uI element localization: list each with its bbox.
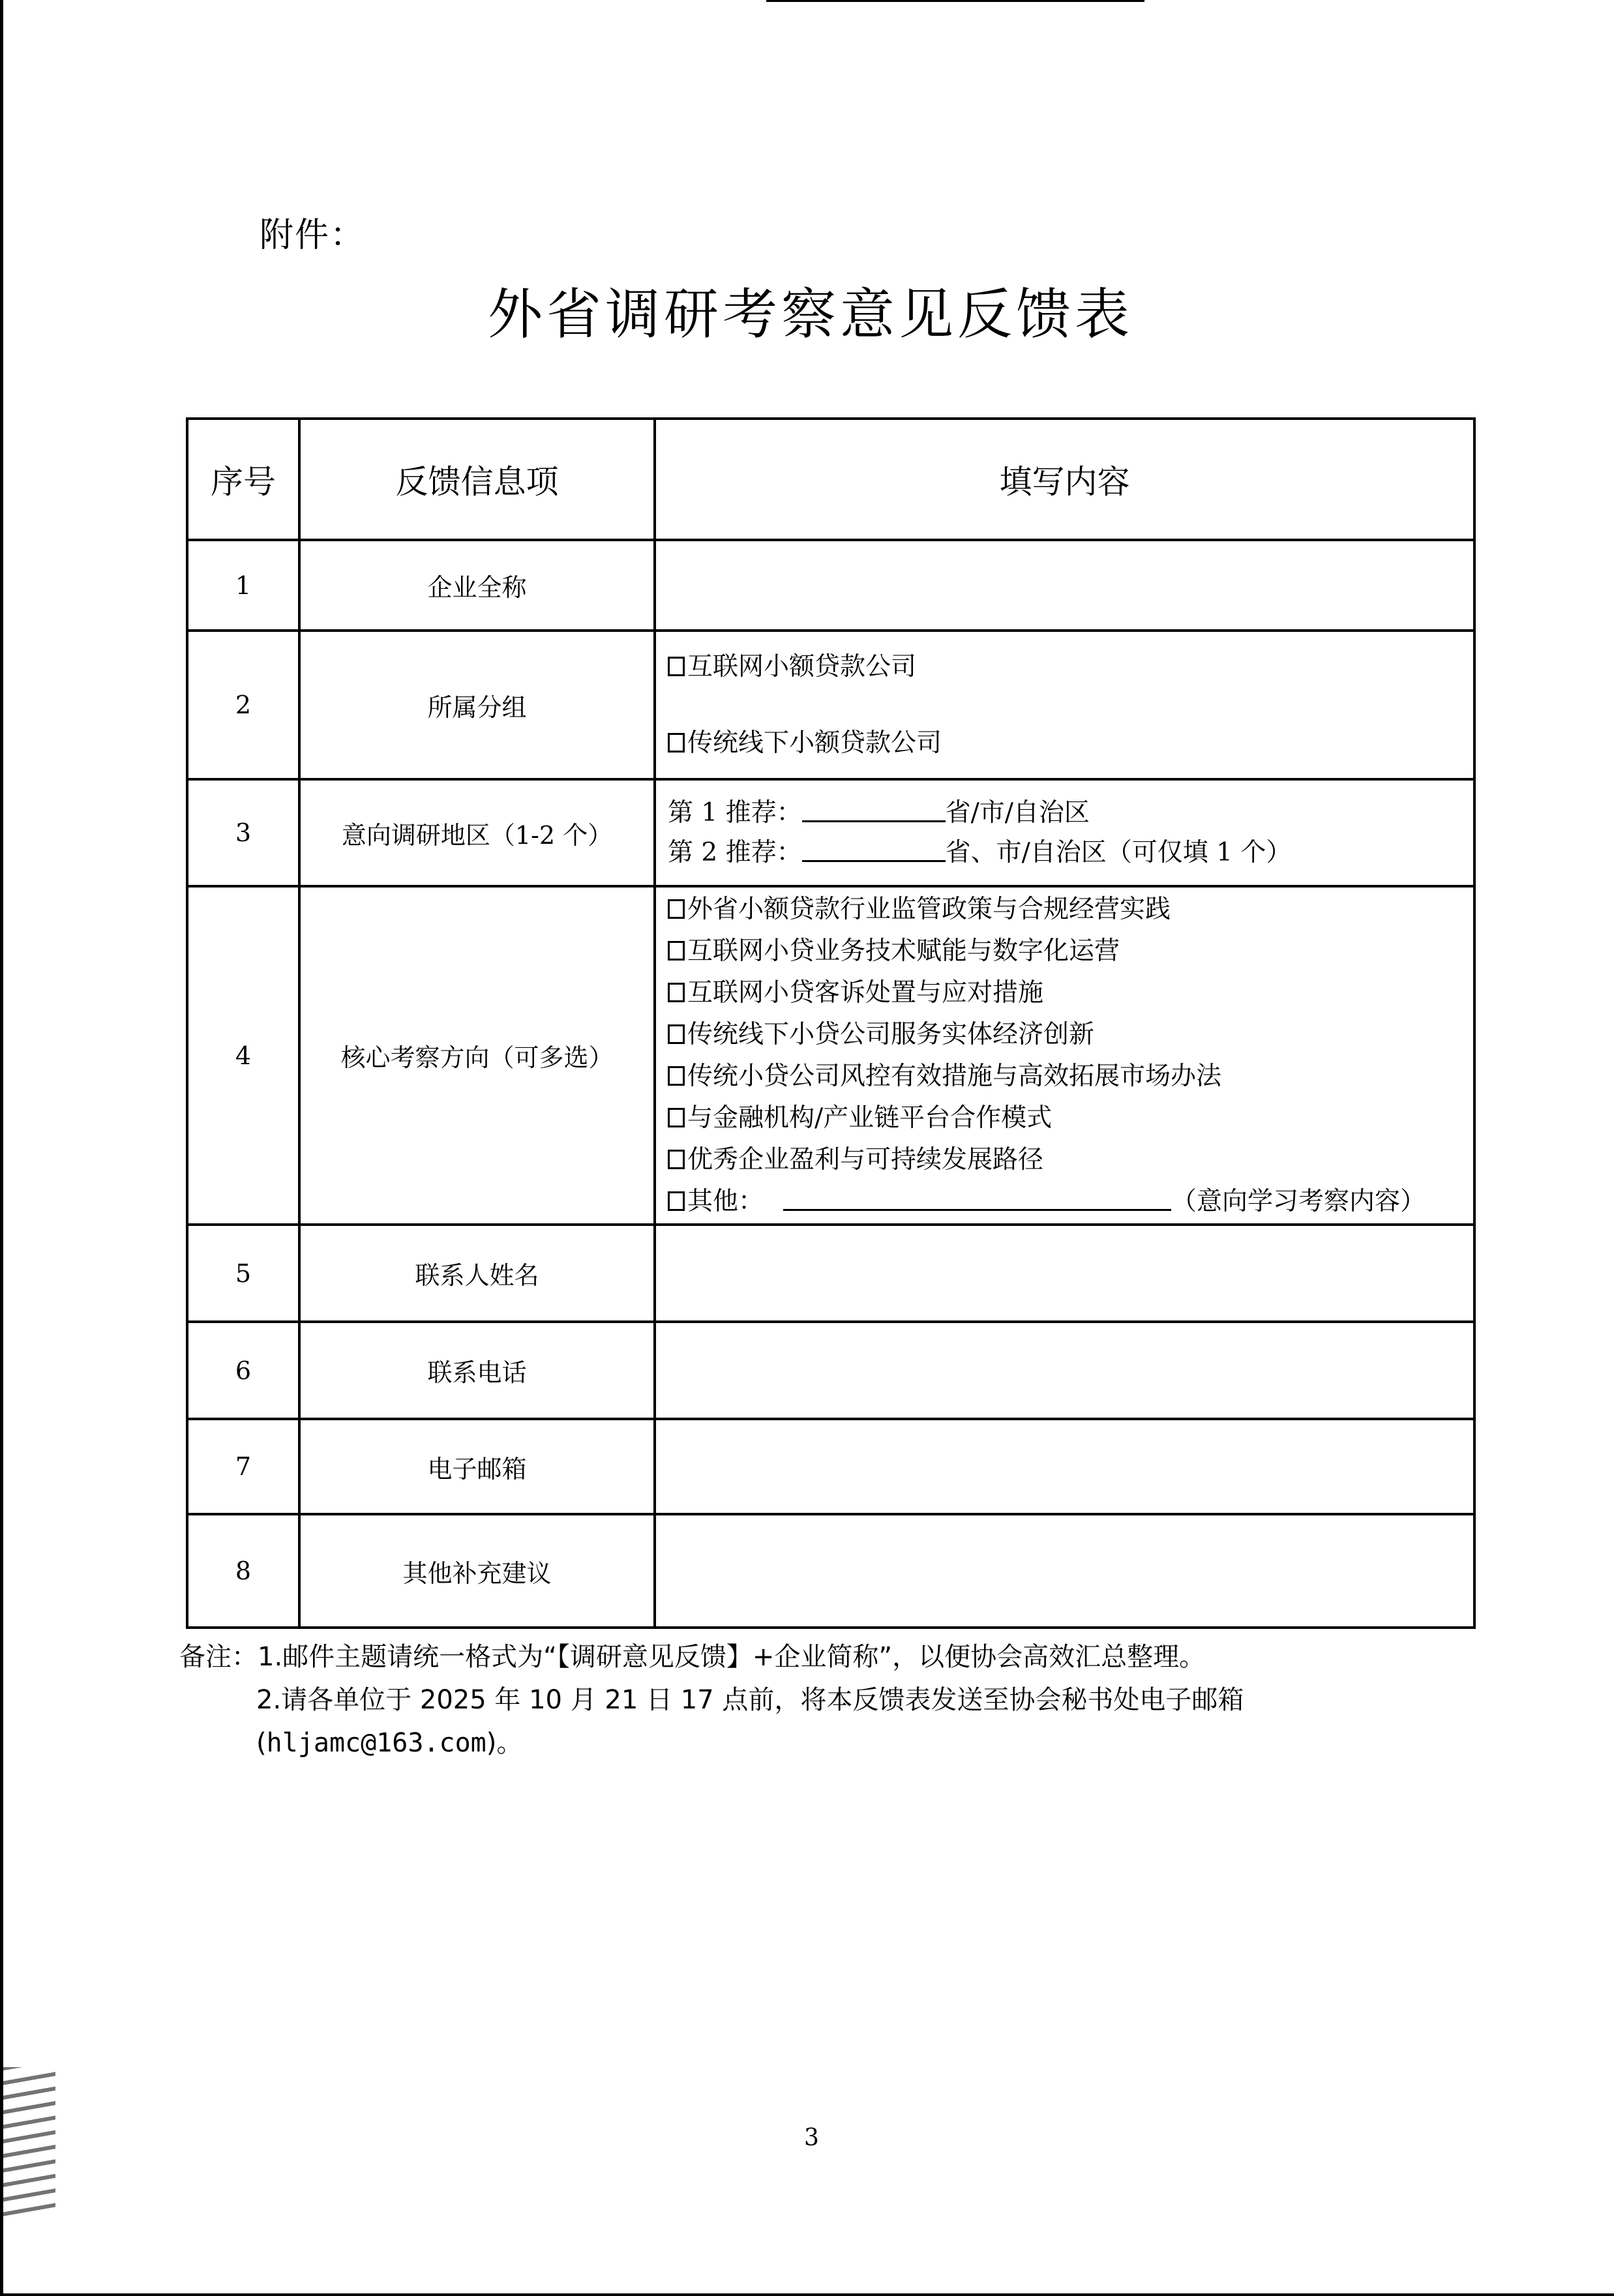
company-name-field[interactable] xyxy=(655,540,1474,631)
row-label: 企业全称 xyxy=(299,540,655,631)
row-label: 意向调研地区（1-2 个） xyxy=(299,779,655,886)
header-no: 序号 xyxy=(187,419,299,540)
header-item: 反馈信息项 xyxy=(299,419,655,540)
row-number: 8 xyxy=(187,1514,299,1628)
suggestions-field[interactable] xyxy=(655,1514,1474,1628)
row-number: 6 xyxy=(187,1322,299,1419)
scan-edge xyxy=(0,2293,1614,2296)
direction-option[interactable]: 互联网小贷业务技术赋能与数字化运营 xyxy=(668,931,1473,972)
row-number: 3 xyxy=(187,779,299,886)
checkbox-icon[interactable] xyxy=(668,1191,685,1211)
checkbox-icon[interactable] xyxy=(668,983,685,1002)
direction-options: 外省小额贷款行业监管政策与合规经营实践 互联网小贷业务技术赋能与数字化运营 互联… xyxy=(655,886,1474,1225)
table-row: 8 其他补充建议 xyxy=(187,1514,1474,1628)
row-label: 核心考察方向（可多选） xyxy=(299,886,655,1225)
table-row: 2 所属分组 互联网小额贷款公司 传统线下小额贷款公司 xyxy=(187,631,1474,779)
group-options: 互联网小额贷款公司 传统线下小额贷款公司 xyxy=(655,631,1474,779)
other-direction-input[interactable] xyxy=(783,1189,1171,1211)
group-option-internet[interactable]: 互联网小额贷款公司 xyxy=(668,654,1473,679)
row-label: 联系人姓名 xyxy=(299,1225,655,1322)
row-number: 4 xyxy=(187,886,299,1225)
checkbox-icon[interactable] xyxy=(668,733,685,753)
direction-option[interactable]: 传统小贷公司风控有效措施与高效拓展市场办法 xyxy=(668,1056,1473,1097)
table-row: 7 电子邮箱 xyxy=(187,1419,1474,1514)
row-label: 所属分组 xyxy=(299,631,655,779)
row-label: 联系电话 xyxy=(299,1322,655,1419)
note-1: 1.邮件主题请统一格式为“【调研意见反馈】+企业简称”，以便协会高效汇总整理。 xyxy=(258,1642,1205,1672)
checkbox-icon[interactable] xyxy=(668,1066,685,1086)
table-row: 3 意向调研地区（1-2 个） 第 1 推荐：省/市/自治区 第 2 推荐：省、… xyxy=(187,779,1474,886)
region-fields: 第 1 推荐：省/市/自治区 第 2 推荐：省、市/自治区（可仅填 1 个） xyxy=(655,779,1474,886)
email-field[interactable] xyxy=(655,1419,1474,1514)
direction-option[interactable]: 与金融机构/产业链平台合作模式 xyxy=(668,1097,1473,1139)
table-row: 6 联系电话 xyxy=(187,1322,1474,1419)
row-label: 电子邮箱 xyxy=(299,1419,655,1514)
scan-edge xyxy=(766,0,1144,2)
page-title: 外省调研考察意见反馈表 xyxy=(488,271,1133,350)
table-row: 5 联系人姓名 xyxy=(187,1225,1474,1322)
notes: 备注：1.邮件主题请统一格式为“【调研意见反馈】+企业简称”，以便协会高效汇总整… xyxy=(179,1635,1353,1765)
checkbox-icon[interactable] xyxy=(668,657,685,676)
email-link[interactable]: hljamc@163.com xyxy=(267,1728,486,1758)
attachment-label: 附件： xyxy=(260,207,365,256)
page-number: 3 xyxy=(804,2125,819,2151)
recommend-2-input[interactable] xyxy=(802,841,946,862)
table-row: 1 企业全称 xyxy=(187,540,1474,631)
stamp-remnant xyxy=(0,2067,55,2217)
row-number: 5 xyxy=(187,1225,299,1322)
row-label: 其他补充建议 xyxy=(299,1514,655,1628)
contact-name-field[interactable] xyxy=(655,1225,1474,1322)
group-option-traditional[interactable]: 传统线下小额贷款公司 xyxy=(668,730,1473,756)
checkbox-icon[interactable] xyxy=(668,899,685,919)
recommend-2: 第 2 推荐：省、市/自治区（可仅填 1 个） xyxy=(668,840,1473,865)
feedback-form-table: 序号 反馈信息项 填写内容 1 企业全称 2 所属分组 互联网小额贷款公司 传统… xyxy=(186,417,1476,1629)
note-2: 2.请各单位于 2025 年 10 月 21 日 17 点前，将本反馈表发送至协… xyxy=(179,1678,1353,1722)
header-content: 填写内容 xyxy=(655,419,1474,540)
row-number: 1 xyxy=(187,540,299,631)
direction-option-other[interactable]: 其他：（意向学习考察内容） xyxy=(668,1181,1473,1223)
checkbox-icon[interactable] xyxy=(668,1150,685,1169)
note-3: (hljamc@163.com)。 xyxy=(179,1722,1353,1765)
direction-option[interactable]: 外省小额贷款行业监管政策与合规经营实践 xyxy=(668,889,1473,931)
checkbox-icon[interactable] xyxy=(668,941,685,961)
notes-label: 备注： xyxy=(179,1642,258,1672)
contact-phone-field[interactable] xyxy=(655,1322,1474,1419)
checkbox-icon[interactable] xyxy=(668,1108,685,1127)
table-row: 4 核心考察方向（可多选） 外省小额贷款行业监管政策与合规经营实践 互联网小贷业… xyxy=(187,886,1474,1225)
direction-option[interactable]: 优秀企业盈利与可持续发展路径 xyxy=(668,1139,1473,1181)
row-number: 2 xyxy=(187,631,299,779)
direction-option[interactable]: 传统线下小贷公司服务实体经济创新 xyxy=(668,1014,1473,1056)
checkbox-icon[interactable] xyxy=(668,1024,685,1044)
recommend-1: 第 1 推荐：省/市/自治区 xyxy=(668,800,1473,826)
direction-option[interactable]: 互联网小贷客诉处置与应对措施 xyxy=(668,972,1473,1014)
table-header-row: 序号 反馈信息项 填写内容 xyxy=(187,419,1474,540)
recommend-1-input[interactable] xyxy=(802,801,946,822)
row-number: 7 xyxy=(187,1419,299,1514)
scan-edge xyxy=(0,0,3,2296)
